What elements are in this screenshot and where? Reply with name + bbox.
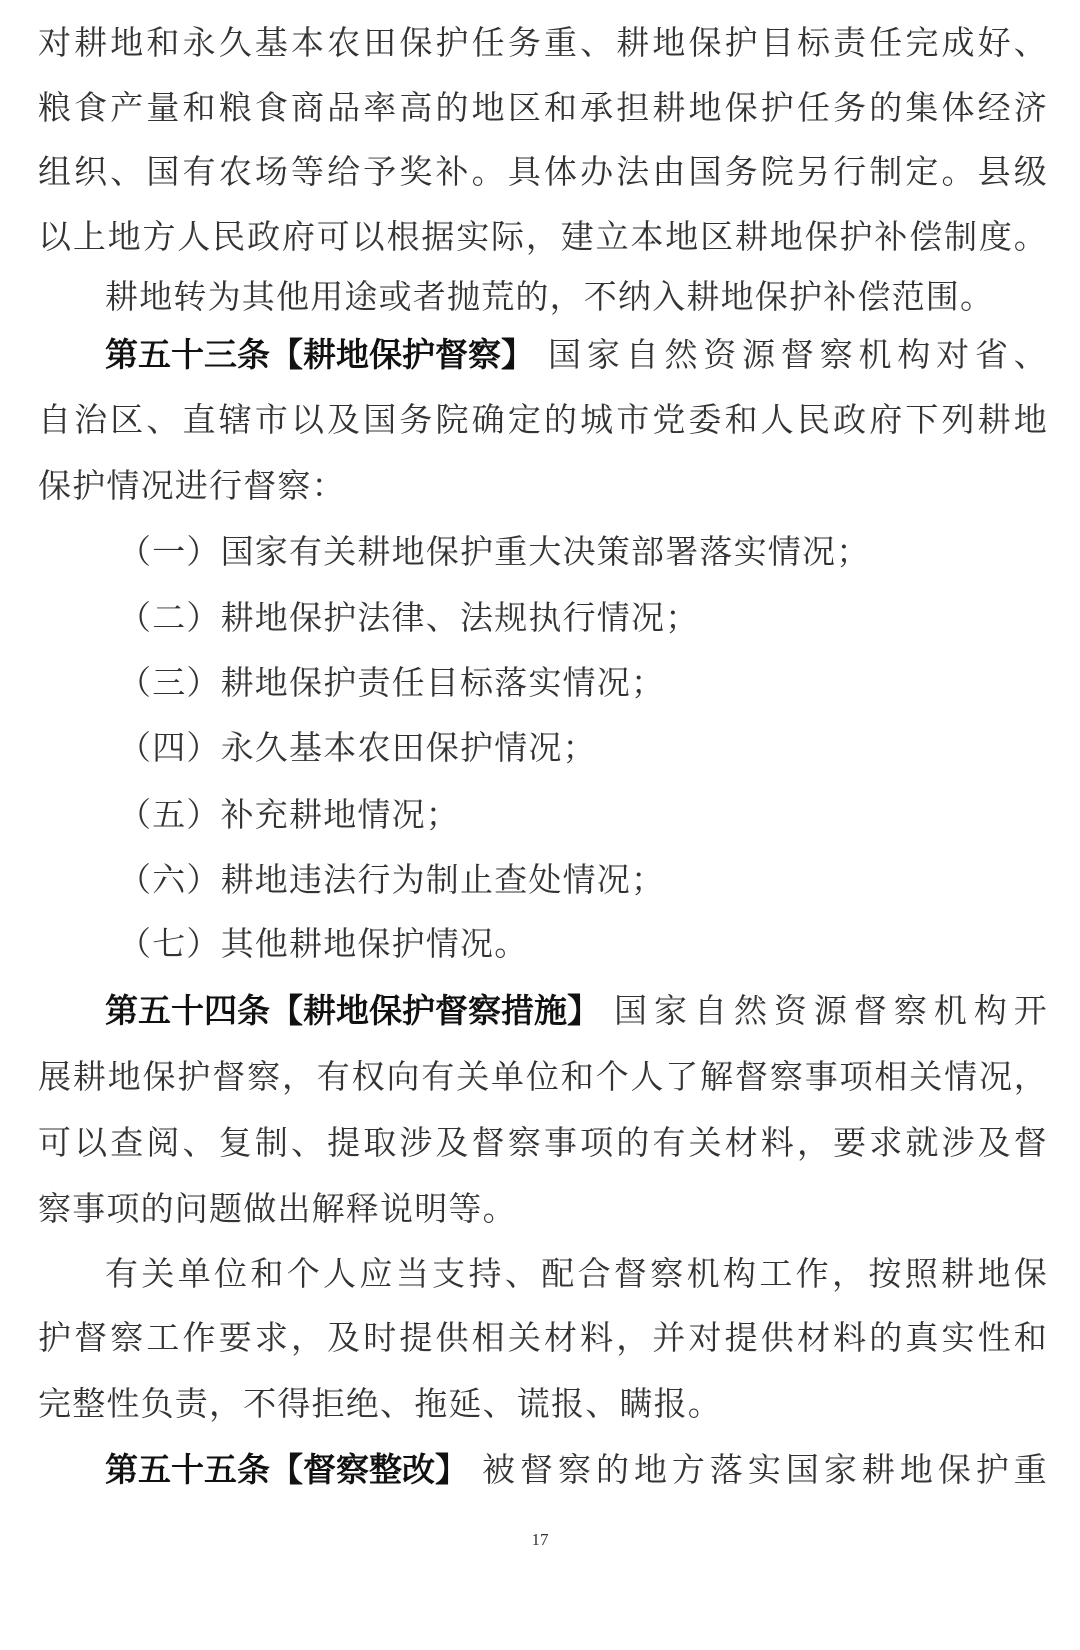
list-item: （四）永久基本农田保护情况； (118, 723, 1018, 773)
paragraph-line: 可以查阅、复制、提取涉及督察事项的有关材料，要求就涉及督 (38, 1118, 1048, 1168)
article-54-text: 国家自然资源督察机构开 (600, 986, 1048, 1036)
paragraph-line: 察事项的问题做出解释说明等。 (38, 1184, 1048, 1234)
article-53-first-line: 第五十三条【耕地保护督察】 国家自然资源督察机构对省、 (105, 330, 1048, 380)
paragraph-line: 有关单位和个人应当支持、配合督察机构工作，按照耕地保 (105, 1249, 1048, 1299)
document-page: 对耕地和永久基本农田保护任务重、耕地保护目标责任完成好、 粮食产量和粮食商品率高… (0, 0, 1080, 1650)
paragraph-line: 自治区、直辖市以及国务院确定的城市党委和人民政府下列耕地 (38, 395, 1048, 445)
paragraph-line: 护督察工作要求，及时提供相关材料，并对提供材料的真实性和 (38, 1313, 1048, 1363)
list-item: （五）补充耕地情况； (118, 790, 1018, 840)
list-item: （一）国家有关耕地保护重大决策部署落实情况； (118, 527, 1018, 577)
article-55-heading: 第五十五条【督察整改】 (105, 1445, 468, 1495)
list-item: （六）耕地违法行为制止查处情况； (118, 855, 1018, 905)
article-54-first-line: 第五十四条【耕地保护督察措施】 国家自然资源督察机构开 (105, 986, 1048, 1036)
paragraph-line: 耕地转为其他用途或者抛荒的，不纳入耕地保护补偿范围。 (105, 272, 1048, 322)
paragraph-line: 以上地方人民政府可以根据实际，建立本地区耕地保护补偿制度。 (38, 212, 1048, 262)
list-item: （七）其他耕地保护情况。 (118, 919, 1018, 969)
article-54-heading: 第五十四条【耕地保护督察措施】 (105, 986, 600, 1036)
paragraph-line: 粮食产量和粮食商品率高的地区和承担耕地保护任务的集体经济 (38, 83, 1048, 133)
paragraph-line: 组织、国有农场等给予奖补。具体办法由国务院另行制定。县级 (38, 147, 1048, 197)
paragraph-line: 保护情况进行督察： (38, 461, 1048, 511)
list-item: （二）耕地保护法律、法规执行情况； (118, 593, 1018, 643)
list-item: （三）耕地保护责任目标落实情况； (118, 658, 1018, 708)
paragraph-line: 展耕地保护督察，有权向有关单位和个人了解督察事项相关情况， (38, 1052, 1048, 1102)
paragraph-line: 完整性负责，不得拒绝、拖延、谎报、瞒报。 (38, 1379, 1048, 1429)
paragraph-line: 对耕地和永久基本农田保护任务重、耕地保护目标责任完成好、 (38, 18, 1048, 68)
article-55-text: 被督察的地方落实国家耕地保护重 (468, 1445, 1048, 1495)
article-53-text: 国家自然资源督察机构对省、 (534, 330, 1048, 380)
article-55-first-line: 第五十五条【督察整改】 被督察的地方落实国家耕地保护重 (105, 1445, 1048, 1495)
article-53-heading: 第五十三条【耕地保护督察】 (105, 330, 534, 380)
page-number: 17 (0, 1530, 1080, 1550)
